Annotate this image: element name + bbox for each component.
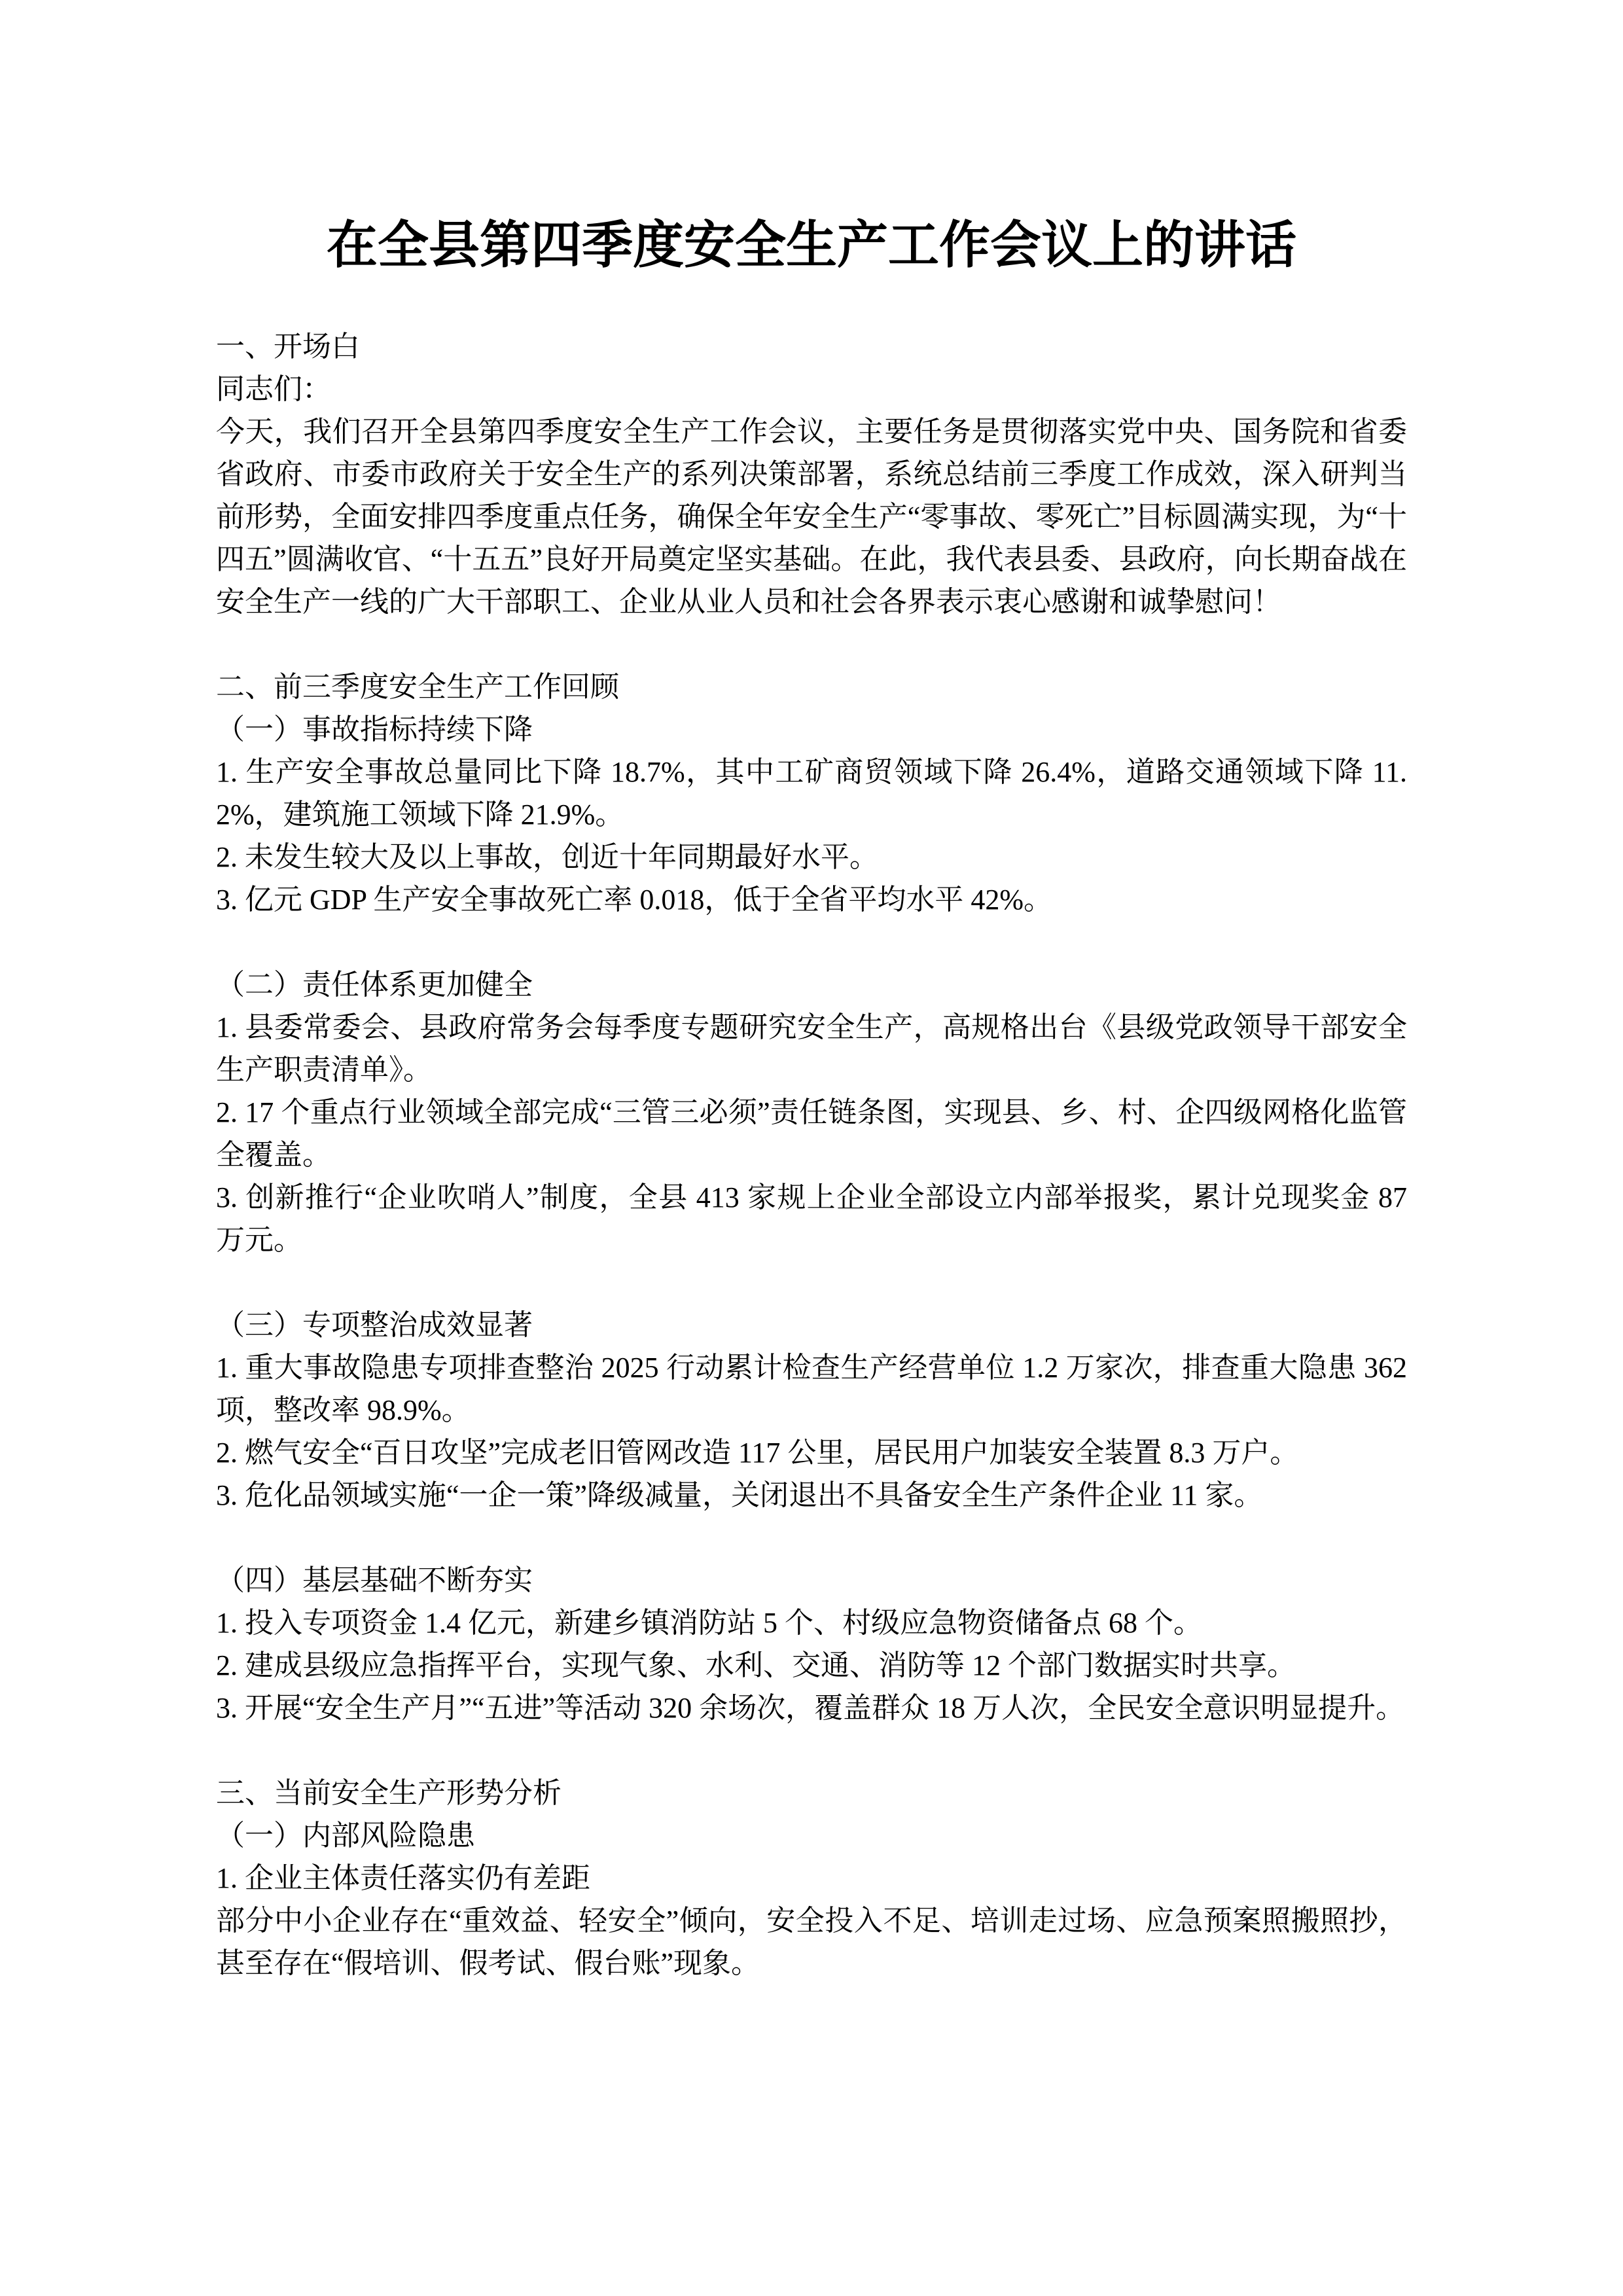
list-item: 3. 亿元 GDP 生产安全事故死亡率 0.018，低于全省平均水平 42%。: [216, 878, 1407, 921]
subsection-heading-responsibility: （二）责任体系更加健全: [216, 963, 1407, 1006]
list-item: 3. 创新推行“企业吹哨人”制度，全县 413 家规上企业全部设立内部举报奖，累…: [216, 1176, 1407, 1261]
list-item: 2. 建成县级应急指挥平台，实现气象、水利、交通、消防等 12 个部门数据实时共…: [216, 1644, 1407, 1687]
opening-paragraph: 今天，我们召开全县第四季度安全生产工作会议，主要任务是贯彻落实党中央、国务院和省…: [216, 410, 1407, 623]
section-heading-analysis: 三、当前安全生产形势分析: [216, 1772, 1407, 1814]
list-item: 1. 县委常委会、县政府常务会每季度专题研究安全生产，高规格出台《县级党政领导干…: [216, 1006, 1407, 1091]
salutation-paragraph: 同志们：: [216, 368, 1407, 410]
list-item: 2. 17 个重点行业领域全部完成“三管三必须”责任链条图，实现县、乡、村、企四…: [216, 1091, 1407, 1176]
list-item: 1. 重大事故隐患专项排查整治 2025 行动累计检查生产经营单位 1.2 万家…: [216, 1346, 1407, 1431]
document-page: 在全县第四季度安全生产工作会议上的讲话 一、开场白 同志们： 今天，我们召开全县…: [0, 0, 1623, 2296]
list-item: 3. 危化品领域实施“一企一策”降级减量，关闭退出不具备安全生产条件企业 11 …: [216, 1474, 1407, 1516]
section-heading-review: 二、前三季度安全生产工作回顾: [216, 666, 1407, 708]
list-item: 1. 生产安全事故总量同比下降 18.7%，其中工矿商贸领域下降 26.4%，道…: [216, 751, 1407, 836]
subsection-heading-foundation: （四）基层基础不断夯实: [216, 1559, 1407, 1602]
list-item: 2. 未发生较大及以上事故，创近十年同期最好水平。: [216, 836, 1407, 878]
subsection-heading-rectification: （三）专项整治成效显著: [216, 1304, 1407, 1346]
subsection-heading-internal-risk: （一）内部风险隐患: [216, 1814, 1407, 1857]
list-item: 1. 投入专项资金 1.4 亿元，新建乡镇消防站 5 个、村级应急物资储备点 6…: [216, 1602, 1407, 1644]
subsection-heading-indicators: （一）事故指标持续下降: [216, 708, 1407, 751]
document-content: 在全县第四季度安全生产工作会议上的讲话 一、开场白 同志们： 今天，我们召开全县…: [0, 0, 1623, 1984]
section-heading-opening: 一、开场白: [216, 325, 1407, 368]
document-title: 在全县第四季度安全生产工作会议上的讲话: [216, 211, 1407, 279]
list-item: 3. 开展“安全生产月”“五进”等活动 320 余场次，覆盖群众 18 万人次，…: [216, 1687, 1407, 1729]
list-item: 1. 企业主体责任落实仍有差距: [216, 1857, 1407, 1899]
closing-paragraph: 部分中小企业存在“重效益、轻安全”倾向，安全投入不足、培训走过场、应急预案照搬照…: [216, 1899, 1407, 1984]
list-item: 2. 燃气安全“百日攻坚”完成老旧管网改造 117 公里，居民用户加装安全装置 …: [216, 1431, 1407, 1474]
